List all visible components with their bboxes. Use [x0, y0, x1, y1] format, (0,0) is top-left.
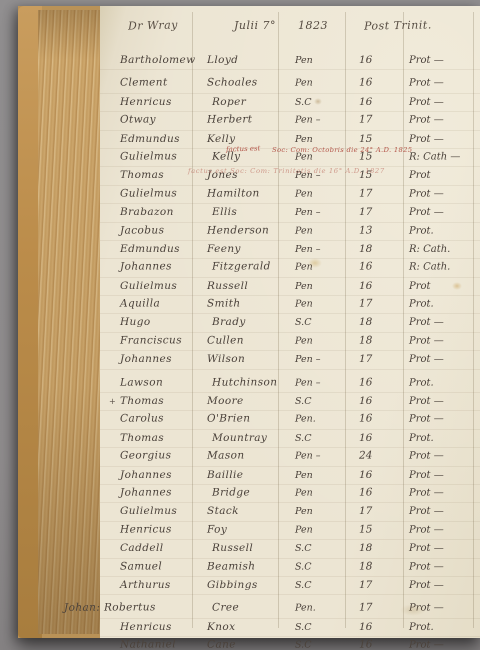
cell-religion: Prot — — [403, 448, 480, 466]
cell-religion: Prot — — [403, 185, 480, 203]
cell-religion: Prot — — [403, 636, 480, 650]
cell-first-name: Edmundus — [100, 131, 192, 148]
cell-rank: Pen — [278, 484, 345, 502]
cell-religion: Prot — — [403, 94, 480, 111]
header-term: Post Trinit. — [364, 18, 432, 32]
table-row: Gulielmus Russell Pen 16 Prot — [100, 278, 480, 296]
cell-first-name: Hugo — [100, 314, 192, 331]
cell-rank: S.C — [278, 540, 345, 557]
cell-religion: R: Cath — — [403, 148, 480, 166]
table-row: Otway Herbert Pen – 17 Prot — — [100, 112, 480, 130]
cell-surname: Cane — [192, 636, 278, 650]
cell-religion: Prot — — [403, 351, 480, 368]
cell-surname: Russell — [192, 540, 278, 557]
header-tutor-name: Dr Wray — [128, 18, 178, 32]
cell-first-name: Otway — [100, 111, 192, 129]
cell-religion: Prot — — [403, 52, 480, 69]
cell-first-name: Johannes — [100, 484, 192, 502]
cell-surname: Russell — [192, 278, 278, 295]
table-row: +Thomas Moore S.C 16 Prot — — [100, 393, 480, 411]
table-row: Samuel Beamish S.C 18 Prot — — [100, 559, 480, 577]
cell-surname: Smith — [192, 295, 278, 313]
cell-age: 17 — [345, 600, 403, 618]
cell-religion: Prot — — [403, 332, 480, 350]
cell-age: 16 — [345, 278, 403, 295]
cell-rank: S.C — [278, 94, 345, 111]
cell-surname: Mountray — [192, 430, 278, 447]
cell-age: 18 — [345, 314, 403, 331]
cell-religion: Prot — — [403, 204, 480, 221]
cell-surname: Roper — [192, 94, 278, 111]
table-row: Edmundus Feeny Pen – 18 R: Cath. — [100, 241, 480, 259]
cell-religion: Prot — [403, 167, 480, 184]
cell-rank: Pen — [278, 278, 345, 295]
cell-age: 18 — [345, 540, 403, 557]
table-row: Henricus Roper S.C 16 Prot — — [100, 94, 480, 112]
cell-religion: R: Cath. — [403, 259, 480, 277]
cell-surname: Gibbings — [192, 577, 278, 594]
cell-age: 18 — [345, 241, 403, 258]
cell-first-name: Thomas — [100, 430, 192, 447]
table-row: Georgius Mason Pen – 24 Prot — — [100, 448, 480, 466]
cell-age: 16 — [345, 484, 403, 502]
cell-first-name: Johannes — [100, 467, 192, 484]
page-header: Dr Wray Julii 7° 1823 Post Trinit. — [100, 19, 480, 41]
cell-surname: Foy — [192, 521, 278, 539]
cell-surname: Ellis — [192, 204, 278, 221]
cell-age: 17 — [345, 295, 403, 313]
table-row: Gulielmus Stack Pen 17 Prot — — [100, 503, 480, 521]
cell-religion: Prot — — [403, 558, 480, 576]
cell-first-name: Brabazon — [100, 204, 192, 221]
cell-first-name: Gulielmus — [100, 185, 192, 203]
cell-surname: Baillie — [192, 467, 278, 484]
cell-rank: Pen – — [278, 111, 345, 129]
page-fore-edge — [38, 10, 102, 634]
cell-age: 16 — [345, 636, 403, 650]
cell-surname: Henderson — [192, 222, 278, 240]
cell-age: 16 — [345, 75, 403, 93]
cell-surname: Stack — [192, 503, 278, 520]
cell-religion: Prot — [403, 278, 480, 295]
cell-surname: Schoales — [192, 75, 278, 93]
table-row: Aquilla Smith Pen 17 Prot. — [100, 296, 480, 314]
cell-first-name: Bartholomew — [100, 52, 192, 69]
cell-rank: S.C — [278, 619, 345, 636]
photo-backdrop: Dr Wray Julii 7° 1823 Post Trinit. Barth… — [0, 0, 480, 650]
cell-religion: Prot. — [403, 374, 480, 392]
cell-surname: Hutchinson — [192, 374, 278, 392]
cell-surname: Moore — [192, 393, 278, 410]
cell-rank: Pen — [278, 295, 345, 313]
cell-first-name: Georgius — [100, 447, 192, 465]
table-row: Johannes Fitzgerald Pen 16 R: Cath. — [100, 259, 480, 277]
cell-first-name: Johannes — [100, 259, 192, 277]
cell-age: 17 — [345, 112, 403, 130]
cell-age: 16 — [345, 430, 403, 447]
cell-rank: S.C — [278, 577, 345, 594]
cell-rank: Pen – — [278, 204, 345, 221]
cell-religion: Prot — — [403, 521, 480, 539]
cell-rank: Pen — [278, 222, 345, 240]
table-row: Henricus Knox S.C 16 Prot. — [100, 619, 480, 637]
cell-rank: Pen — [278, 521, 345, 539]
cell-first-name: Edmundus — [100, 241, 192, 258]
cell-religion: Prot — — [403, 577, 480, 594]
cell-first-name: Clement — [100, 75, 192, 93]
cell-first-name: Franciscus — [100, 332, 192, 350]
cell-religion: Prot — — [403, 75, 480, 93]
cell-religion: Prot. — [403, 619, 480, 636]
cell-first-name: Gulielmus — [100, 148, 192, 166]
cell-age: 16 — [345, 374, 403, 392]
register-book: Dr Wray Julii 7° 1823 Post Trinit. Barth… — [18, 6, 480, 638]
cell-rank: Pen — [278, 332, 345, 350]
cell-surname: Wilson — [192, 351, 278, 368]
cell-first-name: Samuel — [100, 558, 192, 576]
cell-first-name: Arthurus — [100, 577, 192, 594]
cell-age: 16 — [345, 411, 403, 429]
cell-first-name: Nathaniel — [100, 636, 192, 650]
cell-rank: S.C — [278, 558, 345, 576]
cell-surname: Herbert — [192, 111, 278, 129]
cell-rank: Pen — [278, 259, 345, 277]
cell-age: 16 — [345, 467, 403, 484]
header-date: Julii 7° — [234, 19, 276, 32]
table-row: Lawson Hutchinson Pen – 16 Prot. — [100, 375, 480, 393]
table-row: Thomas Mountray S.C 16 Prot. — [100, 430, 480, 448]
cell-surname: Knox — [192, 619, 278, 636]
cell-religion: Prot — — [403, 393, 480, 410]
cell-religion: Prot. — [403, 430, 480, 447]
cell-age: 24 — [345, 448, 403, 466]
cell-religion: Prot — — [403, 411, 480, 429]
cell-age: 16 — [345, 393, 403, 410]
table-row: Johan: Robertus Cree Pen. 17 Prot — — [100, 600, 480, 618]
cell-rank: Pen – — [278, 351, 345, 368]
cell-first-name: Gulielmus — [100, 503, 192, 520]
table-row: Hugo Brady S.C 18 Prot — — [100, 314, 480, 332]
cell-first-name: Aquilla — [100, 295, 192, 313]
cell-surname: Bridge — [192, 484, 278, 502]
cell-religion: Prot — — [403, 484, 480, 502]
table-row: Henricus Foy Pen 15 Prot — — [100, 522, 480, 540]
register-page: Dr Wray Julii 7° 1823 Post Trinit. Barth… — [100, 6, 480, 638]
cell-first-name: Gulielmus — [100, 278, 192, 295]
cell-surname: Hamilton — [192, 185, 278, 203]
table-row: Franciscus Cullen Pen 18 Prot — — [100, 333, 480, 351]
cell-age: 15 — [345, 521, 403, 539]
row-mark: + — [109, 393, 116, 410]
register-rows: Bartholomew Lloyd Pen 16 Prot — Clement … — [100, 52, 480, 650]
table-row: Nathaniel Cane S.C 16 Prot — — [100, 637, 480, 650]
cell-religion: Prot — — [403, 503, 480, 520]
cell-age: 17 — [345, 503, 403, 520]
cell-religion: Prot — — [403, 467, 480, 484]
table-row: Caddell Russell S.C 18 Prot — — [100, 540, 480, 558]
cell-surname: Brady — [192, 314, 278, 331]
table-row: Arthurus Gibbings S.C 17 Prot — — [100, 577, 480, 595]
cell-first-name: Henricus — [100, 94, 192, 111]
cell-surname: Cree — [192, 600, 278, 618]
cell-first-name: +Thomas — [100, 393, 192, 410]
cell-age: 18 — [345, 558, 403, 576]
cell-age: 18 — [345, 332, 403, 350]
cell-religion: R: Cath. — [403, 241, 480, 258]
table-row: Johannes Bridge Pen 16 Prot — — [100, 485, 480, 503]
cell-first-name: Henricus — [100, 521, 192, 539]
red-annotation-hamilton: factus est Soc: Com: Trinitatis die 16° … — [188, 167, 385, 175]
cell-first-name: Jacobus — [100, 222, 192, 240]
cell-rank: Pen — [278, 185, 345, 203]
cell-first-name: Caddell — [100, 540, 192, 557]
cell-age: 16 — [345, 52, 403, 69]
cell-first-name: Carolus — [100, 411, 192, 429]
cell-age: 13 — [345, 222, 403, 240]
table-row: Johannes Baillie Pen 16 Prot — — [100, 467, 480, 485]
cell-age: 17 — [345, 185, 403, 203]
cell-religion: Prot — — [403, 131, 480, 148]
cell-rank: Pen — [278, 75, 345, 93]
cell-religion: Prot — — [403, 314, 480, 331]
cell-rank: Pen. — [278, 600, 345, 618]
cell-rank: Pen. — [278, 411, 345, 429]
cell-age: 16 — [345, 259, 403, 277]
cell-religion: Prot. — [403, 295, 480, 313]
cell-rank: S.C — [278, 430, 345, 447]
cell-first-name: Johannes — [100, 351, 192, 368]
cell-rank: S.C — [278, 393, 345, 410]
table-row: Carolus O'Brien Pen. 16 Prot — — [100, 411, 480, 429]
cell-surname: Feeny — [192, 241, 278, 258]
cell-surname: Mason — [192, 447, 278, 465]
cell-religion: Prot — — [403, 600, 480, 618]
table-row: Gulielmus Hamilton Pen 17 Prot — — [100, 186, 480, 204]
red-annotation-jones-detail: Soc: Com: Octobris die 24° A.D. 1825 — [272, 146, 412, 154]
cell-first-name: Johan: Robertus — [50, 599, 192, 617]
cell-surname: Cullen — [192, 332, 278, 350]
cell-age: 16 — [345, 94, 403, 111]
cell-religion: Prot. — [403, 222, 480, 240]
cell-surname: O'Brien — [192, 411, 278, 429]
table-row: Johannes Wilson Pen – 17 Prot — — [100, 351, 480, 369]
cell-age: 17 — [345, 204, 403, 221]
header-year: 1823 — [298, 19, 328, 32]
cell-rank: Pen – — [278, 374, 345, 392]
table-row: Bartholomew Lloyd Pen 16 Prot — — [100, 52, 480, 70]
cell-rank: Pen — [278, 467, 345, 484]
cell-rank: S.C — [278, 314, 345, 331]
table-row: Jacobus Henderson Pen 13 Prot. — [100, 223, 480, 241]
cell-rank: Pen — [278, 503, 345, 520]
cell-age: 17 — [345, 351, 403, 368]
cell-surname: Beamish — [192, 558, 278, 576]
cell-religion: Prot — — [403, 111, 480, 129]
red-annotation-jones-factus-est: factus est — [226, 144, 261, 153]
cell-age: 17 — [345, 577, 403, 594]
cell-rank: Pen — [278, 52, 345, 69]
table-row: Brabazon Ellis Pen – 17 Prot — — [100, 204, 480, 222]
cell-surname: Lloyd — [192, 52, 278, 69]
cell-age: 16 — [345, 619, 403, 636]
cell-religion: Prot — — [403, 540, 480, 557]
cell-rank: Pen – — [278, 241, 345, 258]
cell-rank: Pen – — [278, 448, 345, 466]
cell-first-name: Lawson — [100, 374, 192, 392]
cell-surname: Fitzgerald — [192, 259, 278, 277]
table-row: Clement Schoales Pen 16 Prot — — [100, 75, 480, 93]
cell-first-name: Henricus — [100, 619, 192, 636]
cell-first-name: Thomas — [100, 167, 192, 184]
cell-rank: S.C — [278, 636, 345, 650]
